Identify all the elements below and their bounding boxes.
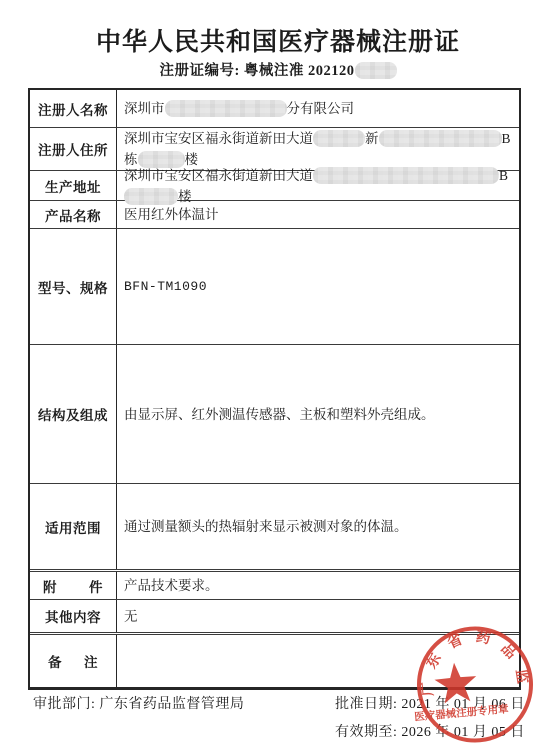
- production-address-text: B: [499, 168, 508, 183]
- row-value: BFN-TM1090: [117, 229, 519, 344]
- row-value: 产品技术要求。: [117, 572, 519, 599]
- approval-date-label: 批准日期:: [335, 697, 397, 712]
- redaction-blur: [165, 100, 287, 117]
- remark-label-char: 注: [84, 651, 98, 671]
- row-label: 附件: [30, 572, 117, 599]
- valid-until-label: 有效期至:: [335, 725, 397, 740]
- cert-number-line: 注册证编号: 粤械注准 202120: [0, 59, 556, 80]
- remark-label-char: 备: [48, 651, 62, 671]
- row-label: 适用范围: [30, 484, 117, 569]
- table-row-structure: 结构及组成 由显示屏、红外测温传感器、主板和塑料外壳组成。: [30, 344, 519, 483]
- redaction-blur: [379, 130, 502, 147]
- table-row-scope: 适用范围 通过测量额头的热辐射来显示被测对象的体温。: [30, 483, 519, 569]
- product-name-text: 医用红外体温计: [124, 204, 513, 225]
- page-title: 中华人民共和国医疗器械注册证: [0, 22, 556, 58]
- attachment-text: 产品技术要求。: [124, 575, 513, 596]
- model-spec-text: BFN-TM1090: [124, 276, 513, 297]
- table-row-model-spec: 型号、规格 BFN-TM1090: [30, 228, 519, 344]
- table-row-other-content: 其他内容 无: [30, 599, 519, 632]
- other-content-text: 无: [124, 606, 513, 627]
- table-row-production-address: 生产地址 深圳市宝安区福永街道新田大道B 楼: [30, 170, 519, 200]
- attachment-label-char: 附: [43, 576, 57, 596]
- approval-department-value: 广东省药品监督管理局: [99, 697, 244, 712]
- row-label: 生产地址: [30, 171, 117, 200]
- approval-department-line: 审批部门: 广东省药品监督管理局: [33, 693, 244, 713]
- scope-text: 通过测量额头的热辐射来显示被测对象的体温。: [124, 516, 513, 537]
- row-label: 结构及组成: [30, 345, 117, 483]
- redaction-blur: [355, 62, 397, 79]
- production-address-text: 深圳市宝安区福永街道新田大道: [124, 168, 313, 183]
- approval-date-line: 批准日期: 2021 年 01 月 06 日: [335, 693, 525, 713]
- registrant-name-text: 分有限公司: [287, 101, 355, 116]
- registrant-name-text: 深圳市: [124, 101, 165, 116]
- row-label: 产品名称: [30, 201, 117, 228]
- approval-date-value: 2021 年 01 月 06 日: [401, 697, 525, 712]
- row-value: 医用红外体温计: [117, 201, 519, 228]
- registrant-address-text: 新: [365, 131, 379, 146]
- cert-number-value: 粤械注准 202120: [244, 63, 355, 79]
- registrant-address-text: 深圳市宝安区福永街道新田大道: [124, 131, 313, 146]
- certificate-table: 注册人名称 深圳市分有限公司 注册人住所 深圳市宝安区福永街道新田大道新B 栋楼…: [28, 88, 521, 690]
- row-value: 深圳市宝安区福永街道新田大道B 楼: [117, 171, 519, 200]
- row-value: 通过测量额头的热辐射来显示被测对象的体温。: [117, 484, 519, 569]
- redaction-blur: [313, 130, 365, 147]
- row-value: 无: [117, 600, 519, 632]
- table-row-remark: 备注: [30, 632, 519, 687]
- table-row-product-name: 产品名称 医用红外体温计: [30, 200, 519, 228]
- valid-until-value: 2026 年 01 月 05 日: [401, 725, 525, 740]
- row-value: 由显示屏、红外测温传感器、主板和塑料外壳组成。: [117, 345, 519, 483]
- row-label: 注册人住所: [30, 128, 117, 170]
- attachment-label-char: 件: [89, 576, 103, 596]
- row-label: 型号、规格: [30, 229, 117, 344]
- valid-until-line: 有效期至: 2026 年 01 月 05 日: [335, 721, 525, 741]
- table-row-registrant-name: 注册人名称 深圳市分有限公司: [30, 90, 519, 127]
- redaction-blur: [313, 167, 499, 184]
- table-row-attachment: 附件 产品技术要求。: [30, 569, 519, 599]
- cert-number-label: 注册证编号:: [159, 63, 239, 79]
- structure-text: 由显示屏、红外测温传感器、主板和塑料外壳组成。: [124, 404, 513, 425]
- row-label: 备注: [30, 635, 117, 687]
- registrant-address-text: B: [502, 131, 511, 146]
- row-label: 注册人名称: [30, 90, 117, 127]
- certificate-page: 中华人民共和国医疗器械注册证 注册证编号: 粤械注准 202120 注册人名称 …: [0, 0, 556, 749]
- row-value: 深圳市分有限公司: [117, 90, 519, 127]
- approval-department-label: 审批部门:: [33, 697, 95, 712]
- row-value: [117, 635, 519, 687]
- row-label: 其他内容: [30, 600, 117, 632]
